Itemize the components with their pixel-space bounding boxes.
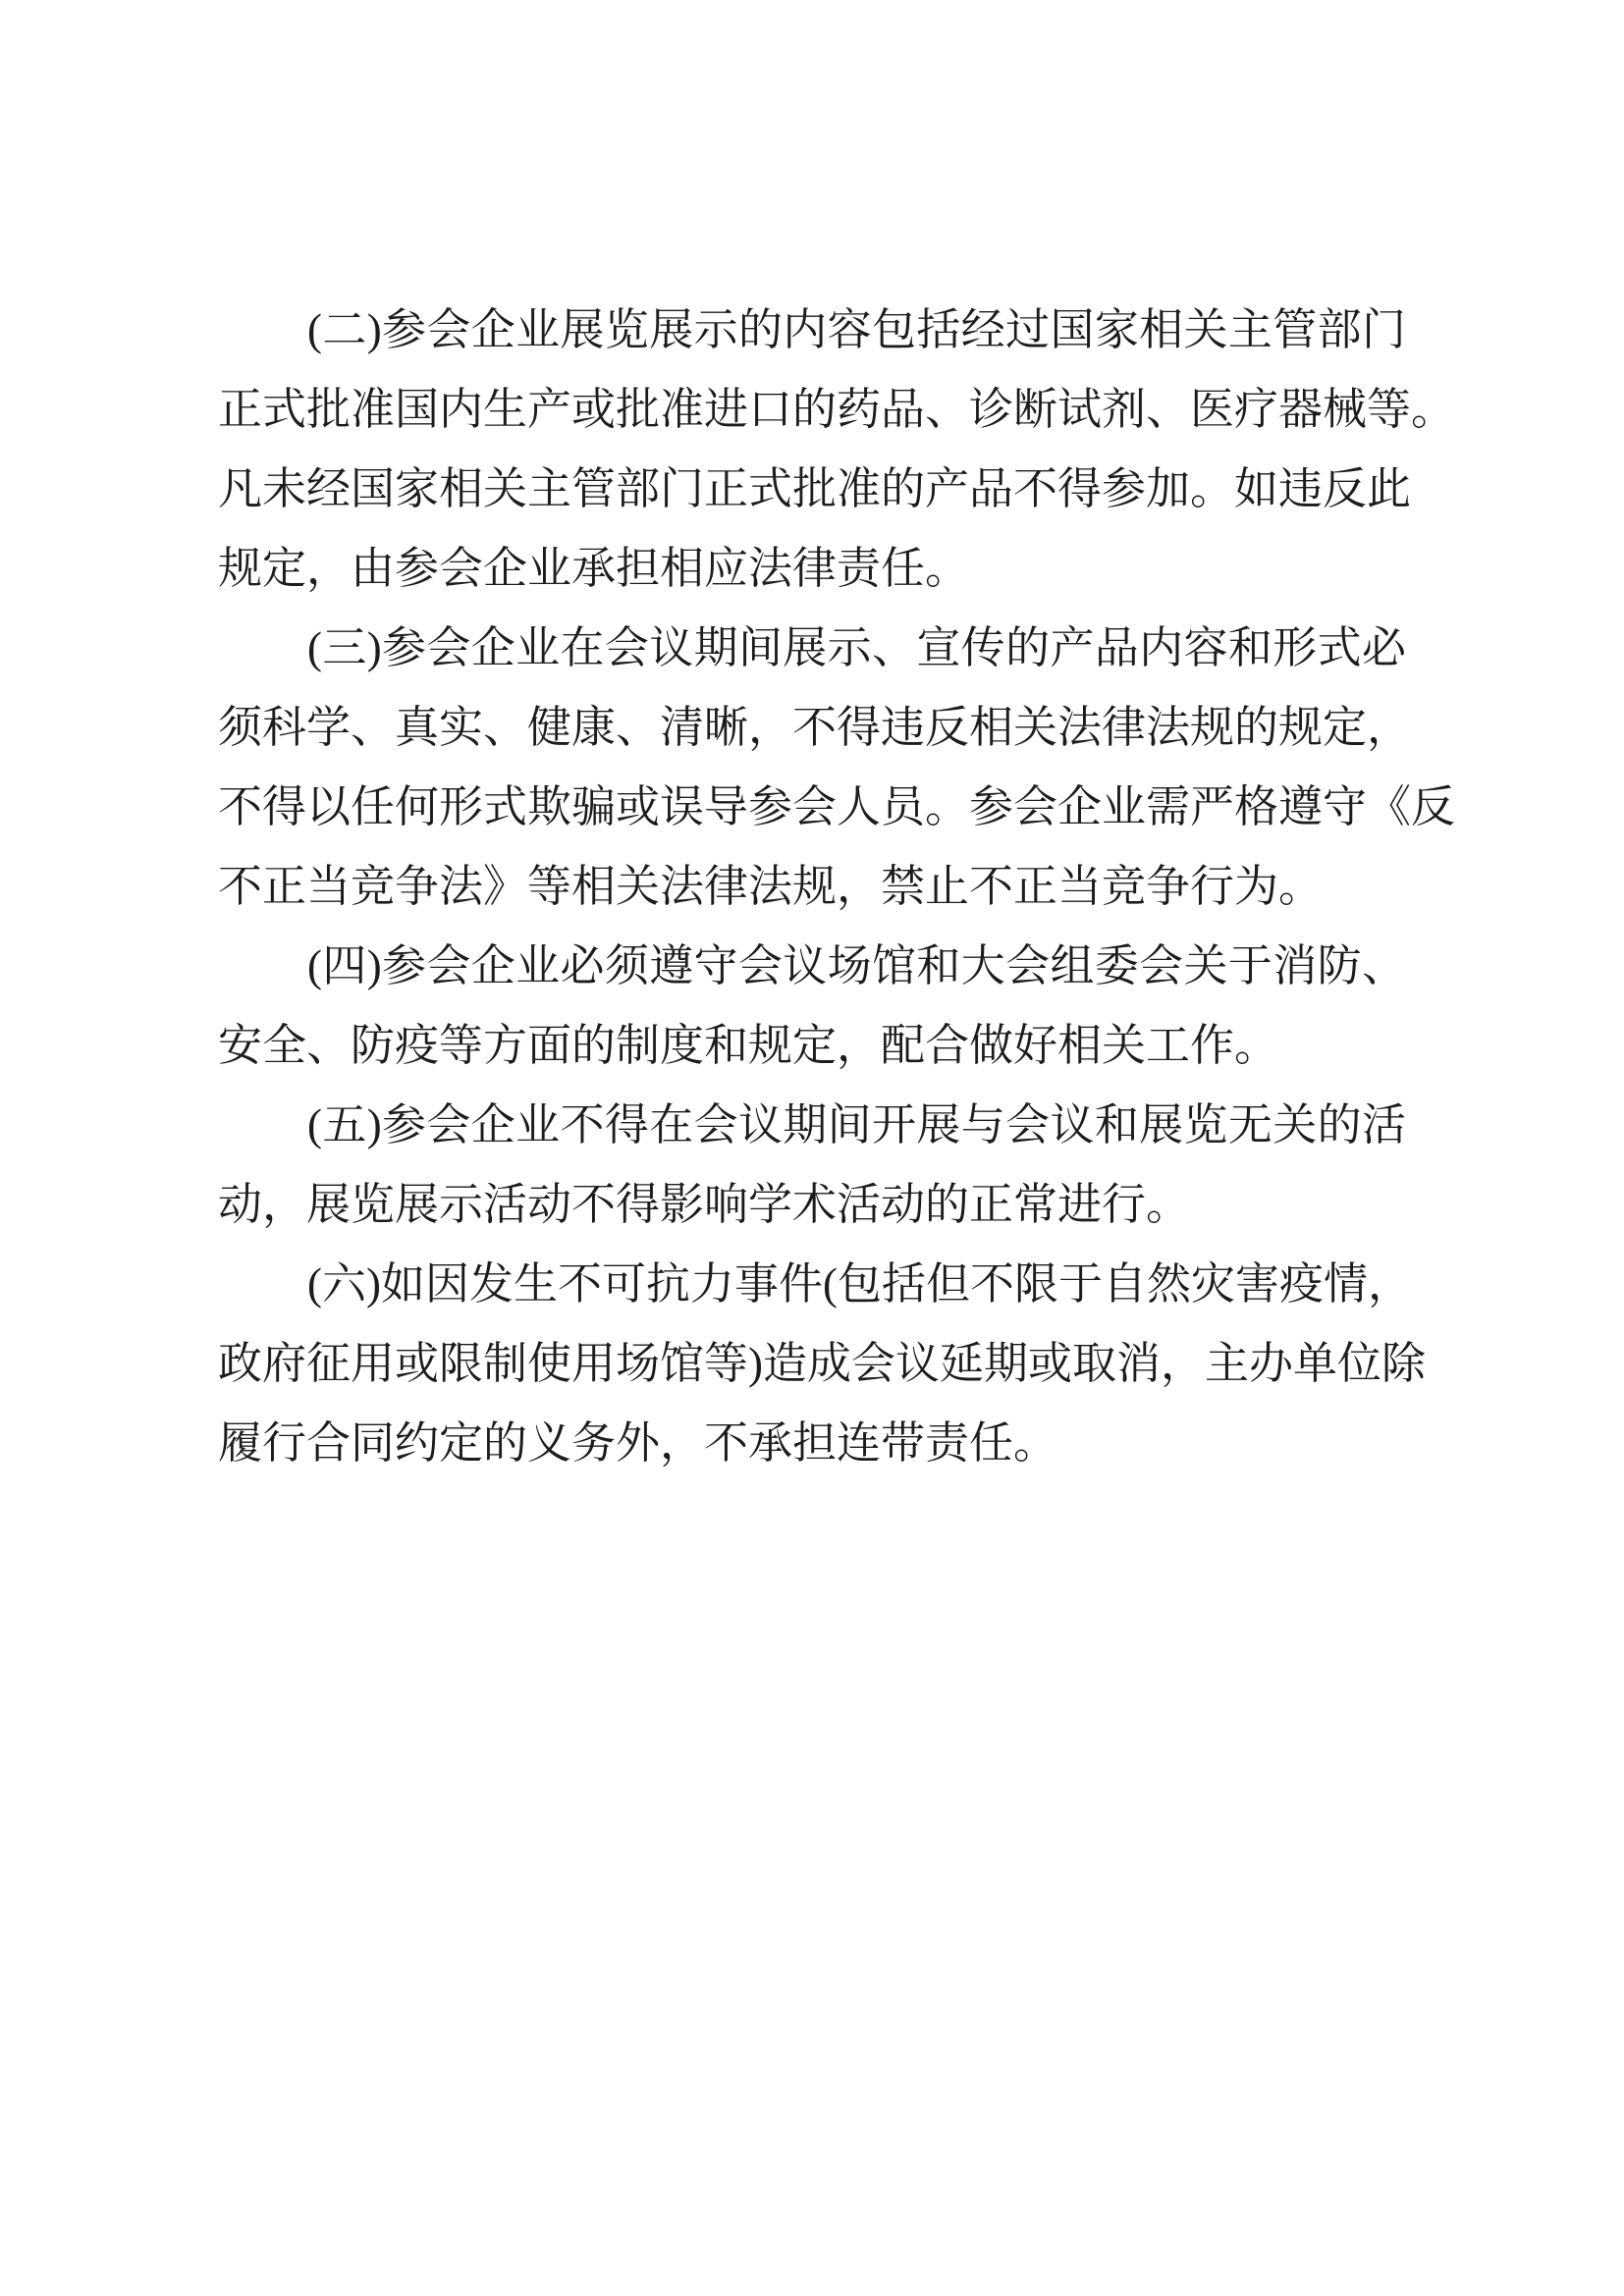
document-line: (六)如因发生不可抗力事件(包括但不限于自然灾害疫情， xyxy=(218,1245,1406,1324)
document-line: 履行合同约定的义务外，不承担连带责任。 xyxy=(218,1404,1406,1483)
document-line: 正式批准国内生产或批准进口的药品、诊断试剂、医疗器械等。 xyxy=(218,370,1406,450)
document-line: 凡未经国家相关主管部门正式批准的产品不得参加。如违反此 xyxy=(218,450,1406,529)
document-line: (四)参会企业必须遵守会议场馆和大会组委会关于消防、 xyxy=(218,927,1406,1006)
document-line: 不得以任何形式欺骗或误导参会人员。参会企业需严格遵守《反 xyxy=(218,768,1406,847)
document-line: (三)参会企业在会议期间展示、宣传的产品内容和形式必 xyxy=(218,609,1406,688)
document-line: 安全、防疫等方面的制度和规定，配合做好相关工作。 xyxy=(218,1006,1406,1086)
document-line: 须科学、真实、健康、清晰，不得违反相关法律法规的规定， xyxy=(218,688,1406,768)
document-line: (二)参会企业展览展示的内容包括经过国家相关主管部门 xyxy=(218,291,1406,370)
text-block: (二)参会企业展览展示的内容包括经过国家相关主管部门 正式批准国内生产或批准进口… xyxy=(218,291,1406,1483)
document-line: (五)参会企业不得在会议期间开展与会议和展览无关的活 xyxy=(218,1086,1406,1165)
document-line: 规定，由参会企业承担相应法律责任。 xyxy=(218,529,1406,609)
document-line: 动，展览展示活动不得影响学术活动的正常进行。 xyxy=(218,1165,1406,1245)
document-line: 不正当竞争法》等相关法律法规，禁止不正当竞争行为。 xyxy=(218,847,1406,927)
document-page: (二)参会企业展览展示的内容包括经过国家相关主管部门 正式批准国内生产或批准进口… xyxy=(0,0,1624,2296)
document-line: 政府征用或限制使用场馆等)造成会议延期或取消，主办单位除 xyxy=(218,1324,1406,1404)
